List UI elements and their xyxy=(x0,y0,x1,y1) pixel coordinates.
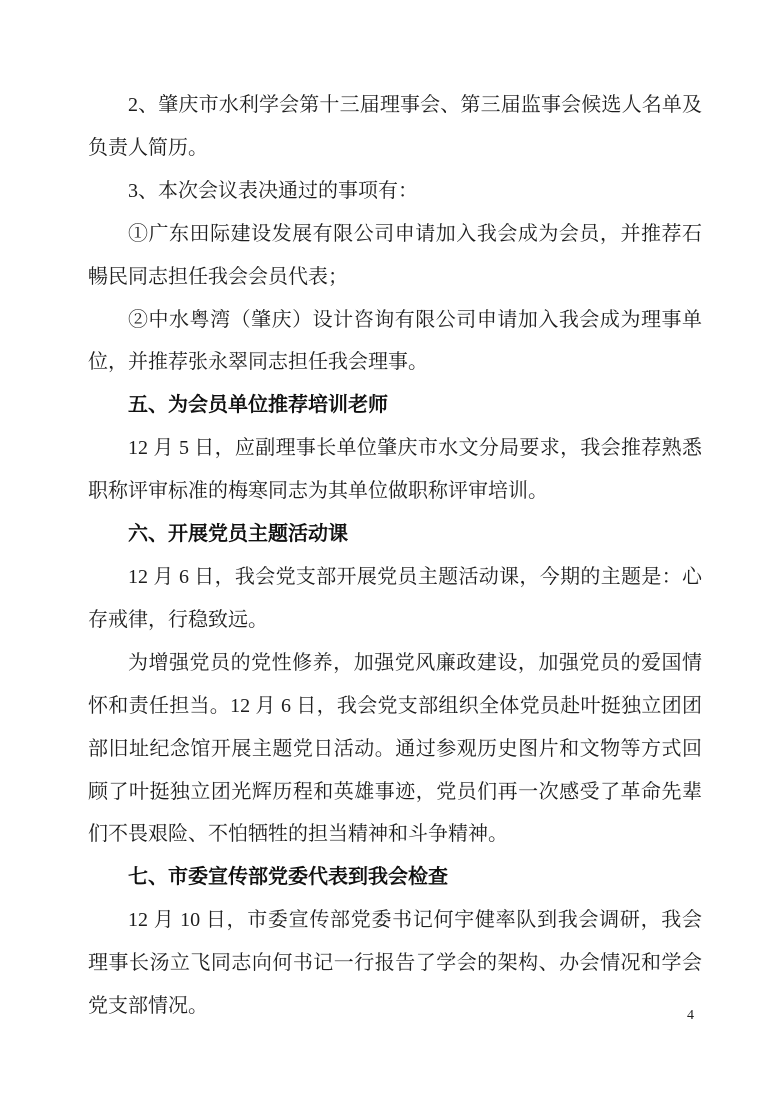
document-page: 2、肇庆市水利学会第十三届理事会、第三届监事会候选人名单及负责人简历。 3、本次… xyxy=(0,0,774,1095)
paragraph-section-six-1: 12 月 6 日，我会党支部开展党员主题活动课，今期的主题是：心存戒律，行稳致远… xyxy=(88,556,702,642)
paragraph-item-3: 3、本次会议表决通过的事项有： xyxy=(88,170,702,213)
paragraph-section-six-2: 为增强党员的党性修养，加强党风廉政建设，加强党员的爱国情怀和责任担当。12 月 … xyxy=(88,642,702,857)
paragraph-section-seven: 12 月 10 日，市委宣传部党委书记何宇健率队到我会调研，我会理事长汤立飞同志… xyxy=(88,899,702,1028)
section-heading-six: 六、开展党员主题活动课 xyxy=(88,513,702,556)
paragraph-section-five: 12 月 5 日，应副理事长单位肇庆市水文分局要求，我会推荐熟悉职称评审标准的梅… xyxy=(88,427,702,513)
paragraph-circled-1: ①广东田际建设发展有限公司申请加入我会成为会员，并推荐石暢民同志担任我会会员代表… xyxy=(88,213,702,299)
paragraph-item-2: 2、肇庆市水利学会第十三届理事会、第三届监事会候选人名单及负责人简历。 xyxy=(88,84,702,170)
document-body: 2、肇庆市水利学会第十三届理事会、第三届监事会候选人名单及负责人简历。 3、本次… xyxy=(88,84,702,1028)
section-heading-five: 五、为会员单位推荐培训老师 xyxy=(88,384,702,427)
paragraph-circled-2: ②中水粤湾（肇庆）设计咨询有限公司申请加入我会成为理事单位，并推荐张永翠同志担任… xyxy=(88,299,702,385)
page-number: 4 xyxy=(687,1006,694,1026)
section-heading-seven: 七、市委宣传部党委代表到我会检查 xyxy=(88,856,702,899)
